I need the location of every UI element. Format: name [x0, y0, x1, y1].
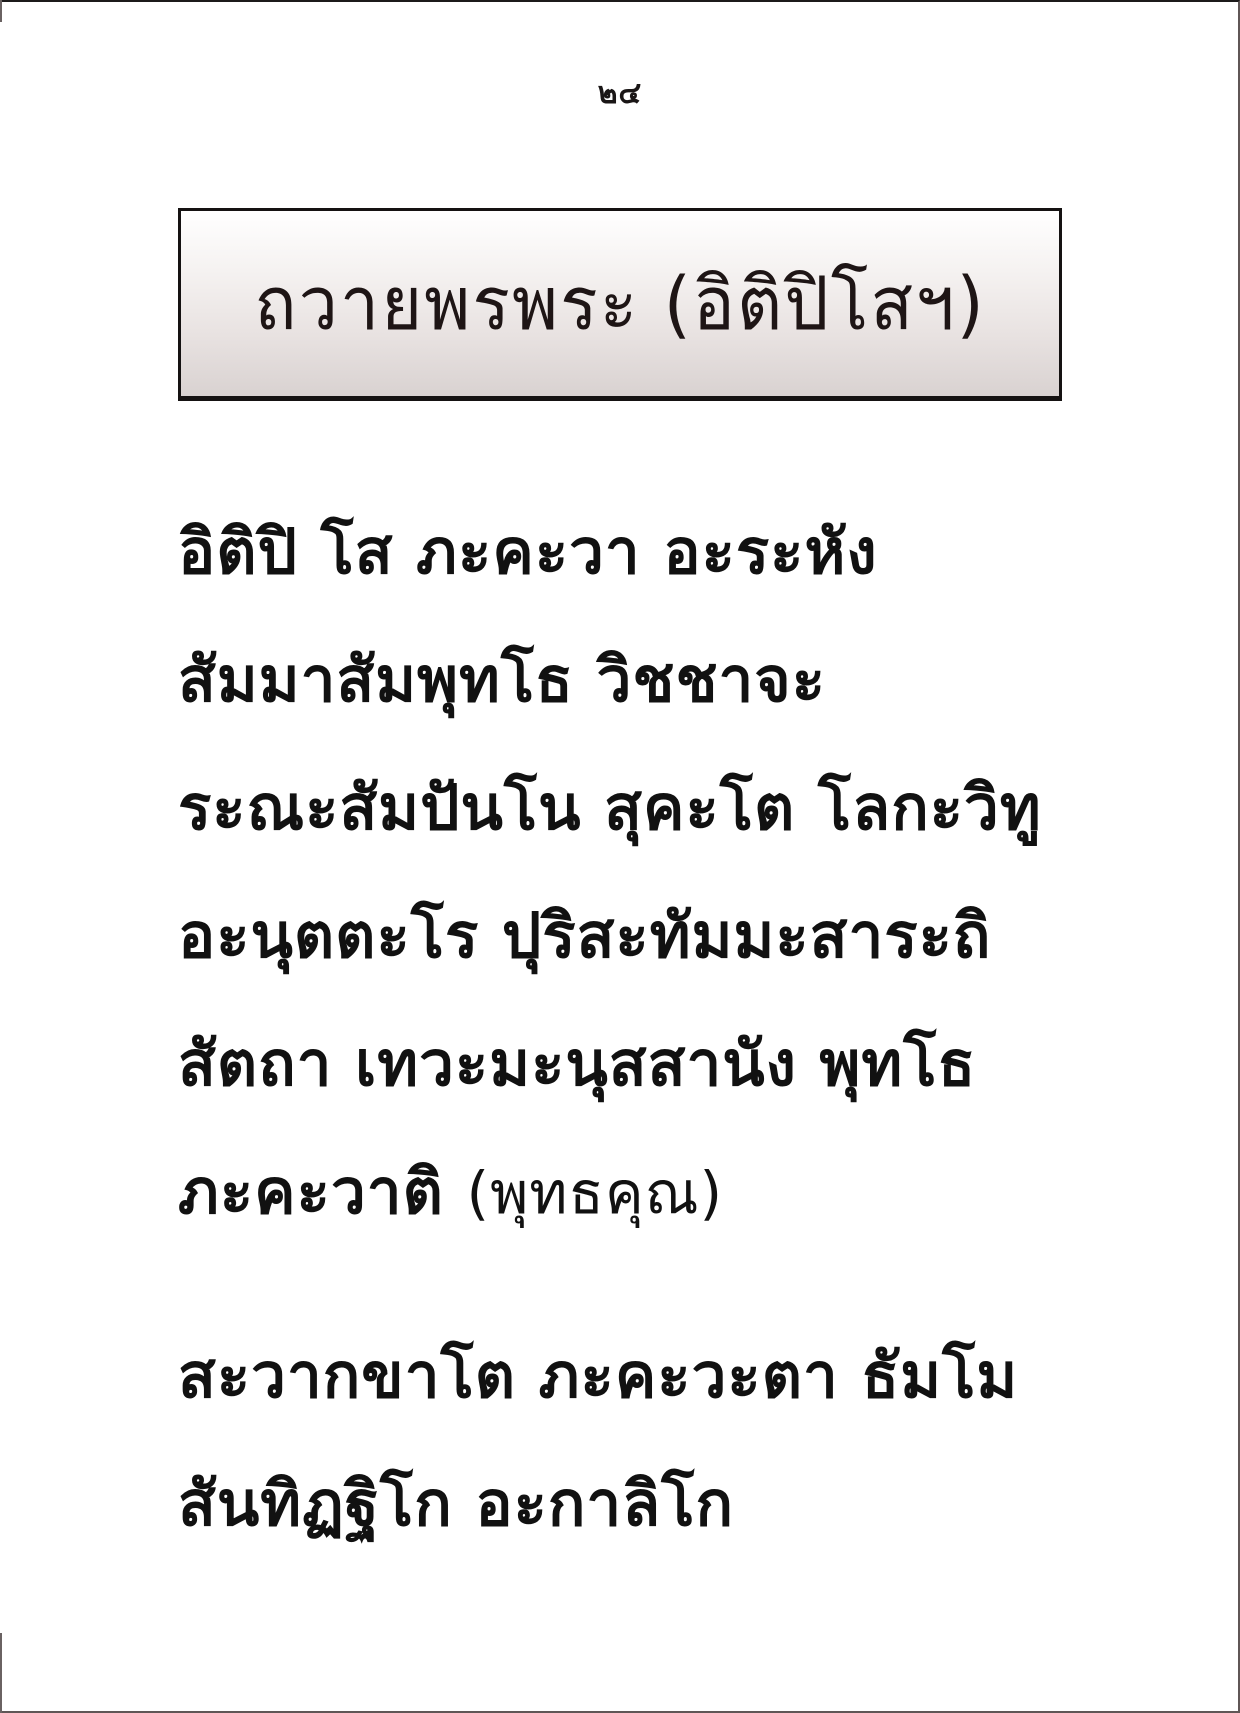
page-number: ๒๔ [0, 74, 1240, 114]
chant-line: อิติปิ โส ภะคะวา อะระหัง [178, 488, 1158, 616]
chant-text: อิติปิ โส ภะคะวา อะระหัง สัมมาสัมพุทโธ ว… [178, 488, 1158, 1568]
chant-line: สัมมาสัมพุทโธ วิชชาจะ [178, 616, 1158, 744]
chant-line: สะวากขาโต ภะคะวะตา ธัมโม [178, 1312, 1158, 1440]
page-edge-mark-top [0, 0, 2, 22]
title-box: ถวายพรพระ (อิติปิโสฯ) [178, 208, 1062, 401]
page-title: ถวายพรพระ (อิติปิโสฯ) [254, 256, 986, 351]
section-note: (พุทธคุณ) [466, 1159, 723, 1227]
chant-line: สัตถา เทวะมะนุสสานัง พุทโธ [178, 1000, 1158, 1128]
chant-line-text: ภะคะวาติ [178, 1155, 444, 1228]
chant-line-with-note: ภะคะวาติ (พุทธคุณ) [178, 1128, 1158, 1256]
chant-line: อะนุตตะโร ปุริสะทัมมะสาระถิ [178, 872, 1158, 1000]
chant-line: ระณะสัมปันโน สุคะโต โลกะวิทู [178, 744, 1158, 872]
chant-line: สันทิฏฐิโก อะกาลิโก [178, 1440, 1158, 1568]
page-edge-mark-bottom [0, 1633, 2, 1713]
section-divider-space [178, 1256, 1158, 1312]
